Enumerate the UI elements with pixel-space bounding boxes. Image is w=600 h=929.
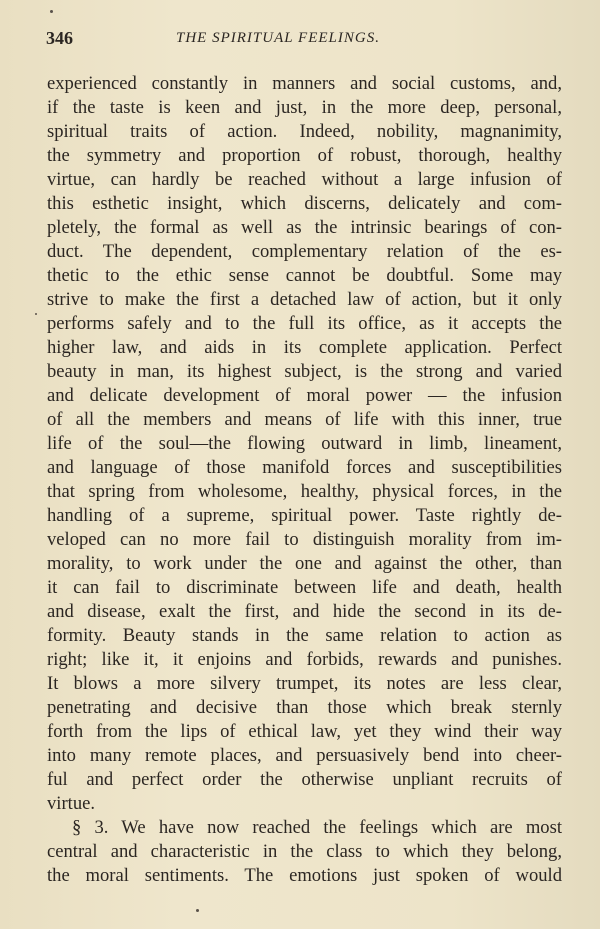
book-page: 346 THE SPIRITUAL FEELINGS. experienced …	[0, 0, 600, 929]
text-line: the moral sentiments. The emotions just …	[47, 864, 562, 888]
text-line: veloped can no more fail to distinguish …	[47, 528, 562, 552]
text-line: morality, to work under the one and agai…	[47, 552, 562, 576]
text-line: § 3. We have now reached the feelings wh…	[47, 816, 562, 840]
text-line: and delicate development of moral power …	[47, 384, 562, 408]
text-line: right; like it, it enjoins and forbids, …	[47, 648, 562, 672]
text-line: life of the soul—the flowing outward in …	[47, 432, 562, 456]
page-number: 346	[46, 28, 73, 49]
text-line: and language of those manifold forces an…	[47, 456, 562, 480]
text-line: the symmetry and proportion of robust, t…	[47, 144, 562, 168]
text-line: if the taste is keen and just, in the mo…	[47, 96, 562, 120]
text-line: penetrating and decisive than those whic…	[47, 696, 562, 720]
text-line: handling of a supreme, spiritual power. …	[47, 504, 562, 528]
text-line: beauty in man, its highest subject, is t…	[47, 360, 562, 384]
text-line: virtue, can hardly be reached without a …	[47, 168, 562, 192]
text-line: ful and perfect order the otherwise unpl…	[47, 768, 562, 792]
text-line: higher law, and aids in its complete app…	[47, 336, 562, 360]
text-line: performs safely and to the full its offi…	[47, 312, 562, 336]
ink-speck	[196, 909, 199, 912]
text-line: spiritual traits of action. Indeed, nobi…	[47, 120, 562, 144]
ink-speck	[50, 10, 53, 13]
body-text: experienced constantly in manners and so…	[47, 72, 562, 888]
text-line: thetic to the ethic sense cannot be doub…	[47, 264, 562, 288]
ink-speck	[35, 313, 37, 315]
text-line: into many remote places, and persuasivel…	[47, 744, 562, 768]
text-line: and disease, exalt the first, and hide t…	[47, 600, 562, 624]
text-line: forth from the lips of ethical law, yet …	[47, 720, 562, 744]
text-line: It blows a more silvery trumpet, its not…	[47, 672, 562, 696]
text-line: formity. Beauty stands in the same relat…	[47, 624, 562, 648]
text-line: this esthetic insight, which discerns, d…	[47, 192, 562, 216]
text-line: it can fail to discriminate between life…	[47, 576, 562, 600]
text-line: pletely, the formal as well as the intri…	[47, 216, 562, 240]
text-line: central and characteristic in the class …	[47, 840, 562, 864]
text-line: that spring from wholesome, healthy, phy…	[47, 480, 562, 504]
running-title: THE SPIRITUAL FEELINGS.	[176, 30, 380, 47]
text-line: virtue.	[47, 792, 562, 816]
text-line: experienced constantly in manners and so…	[47, 72, 562, 96]
text-line: duct. The dependent, complementary relat…	[47, 240, 562, 264]
paragraph-2: § 3. We have now reached the feelings wh…	[47, 816, 562, 888]
text-line: of all the members and means of life wit…	[47, 408, 562, 432]
paragraph-1: experienced constantly in manners and so…	[47, 72, 562, 816]
page-header: 346 THE SPIRITUAL FEELINGS.	[46, 28, 554, 52]
text-line: strive to make the first a detached law …	[47, 288, 562, 312]
